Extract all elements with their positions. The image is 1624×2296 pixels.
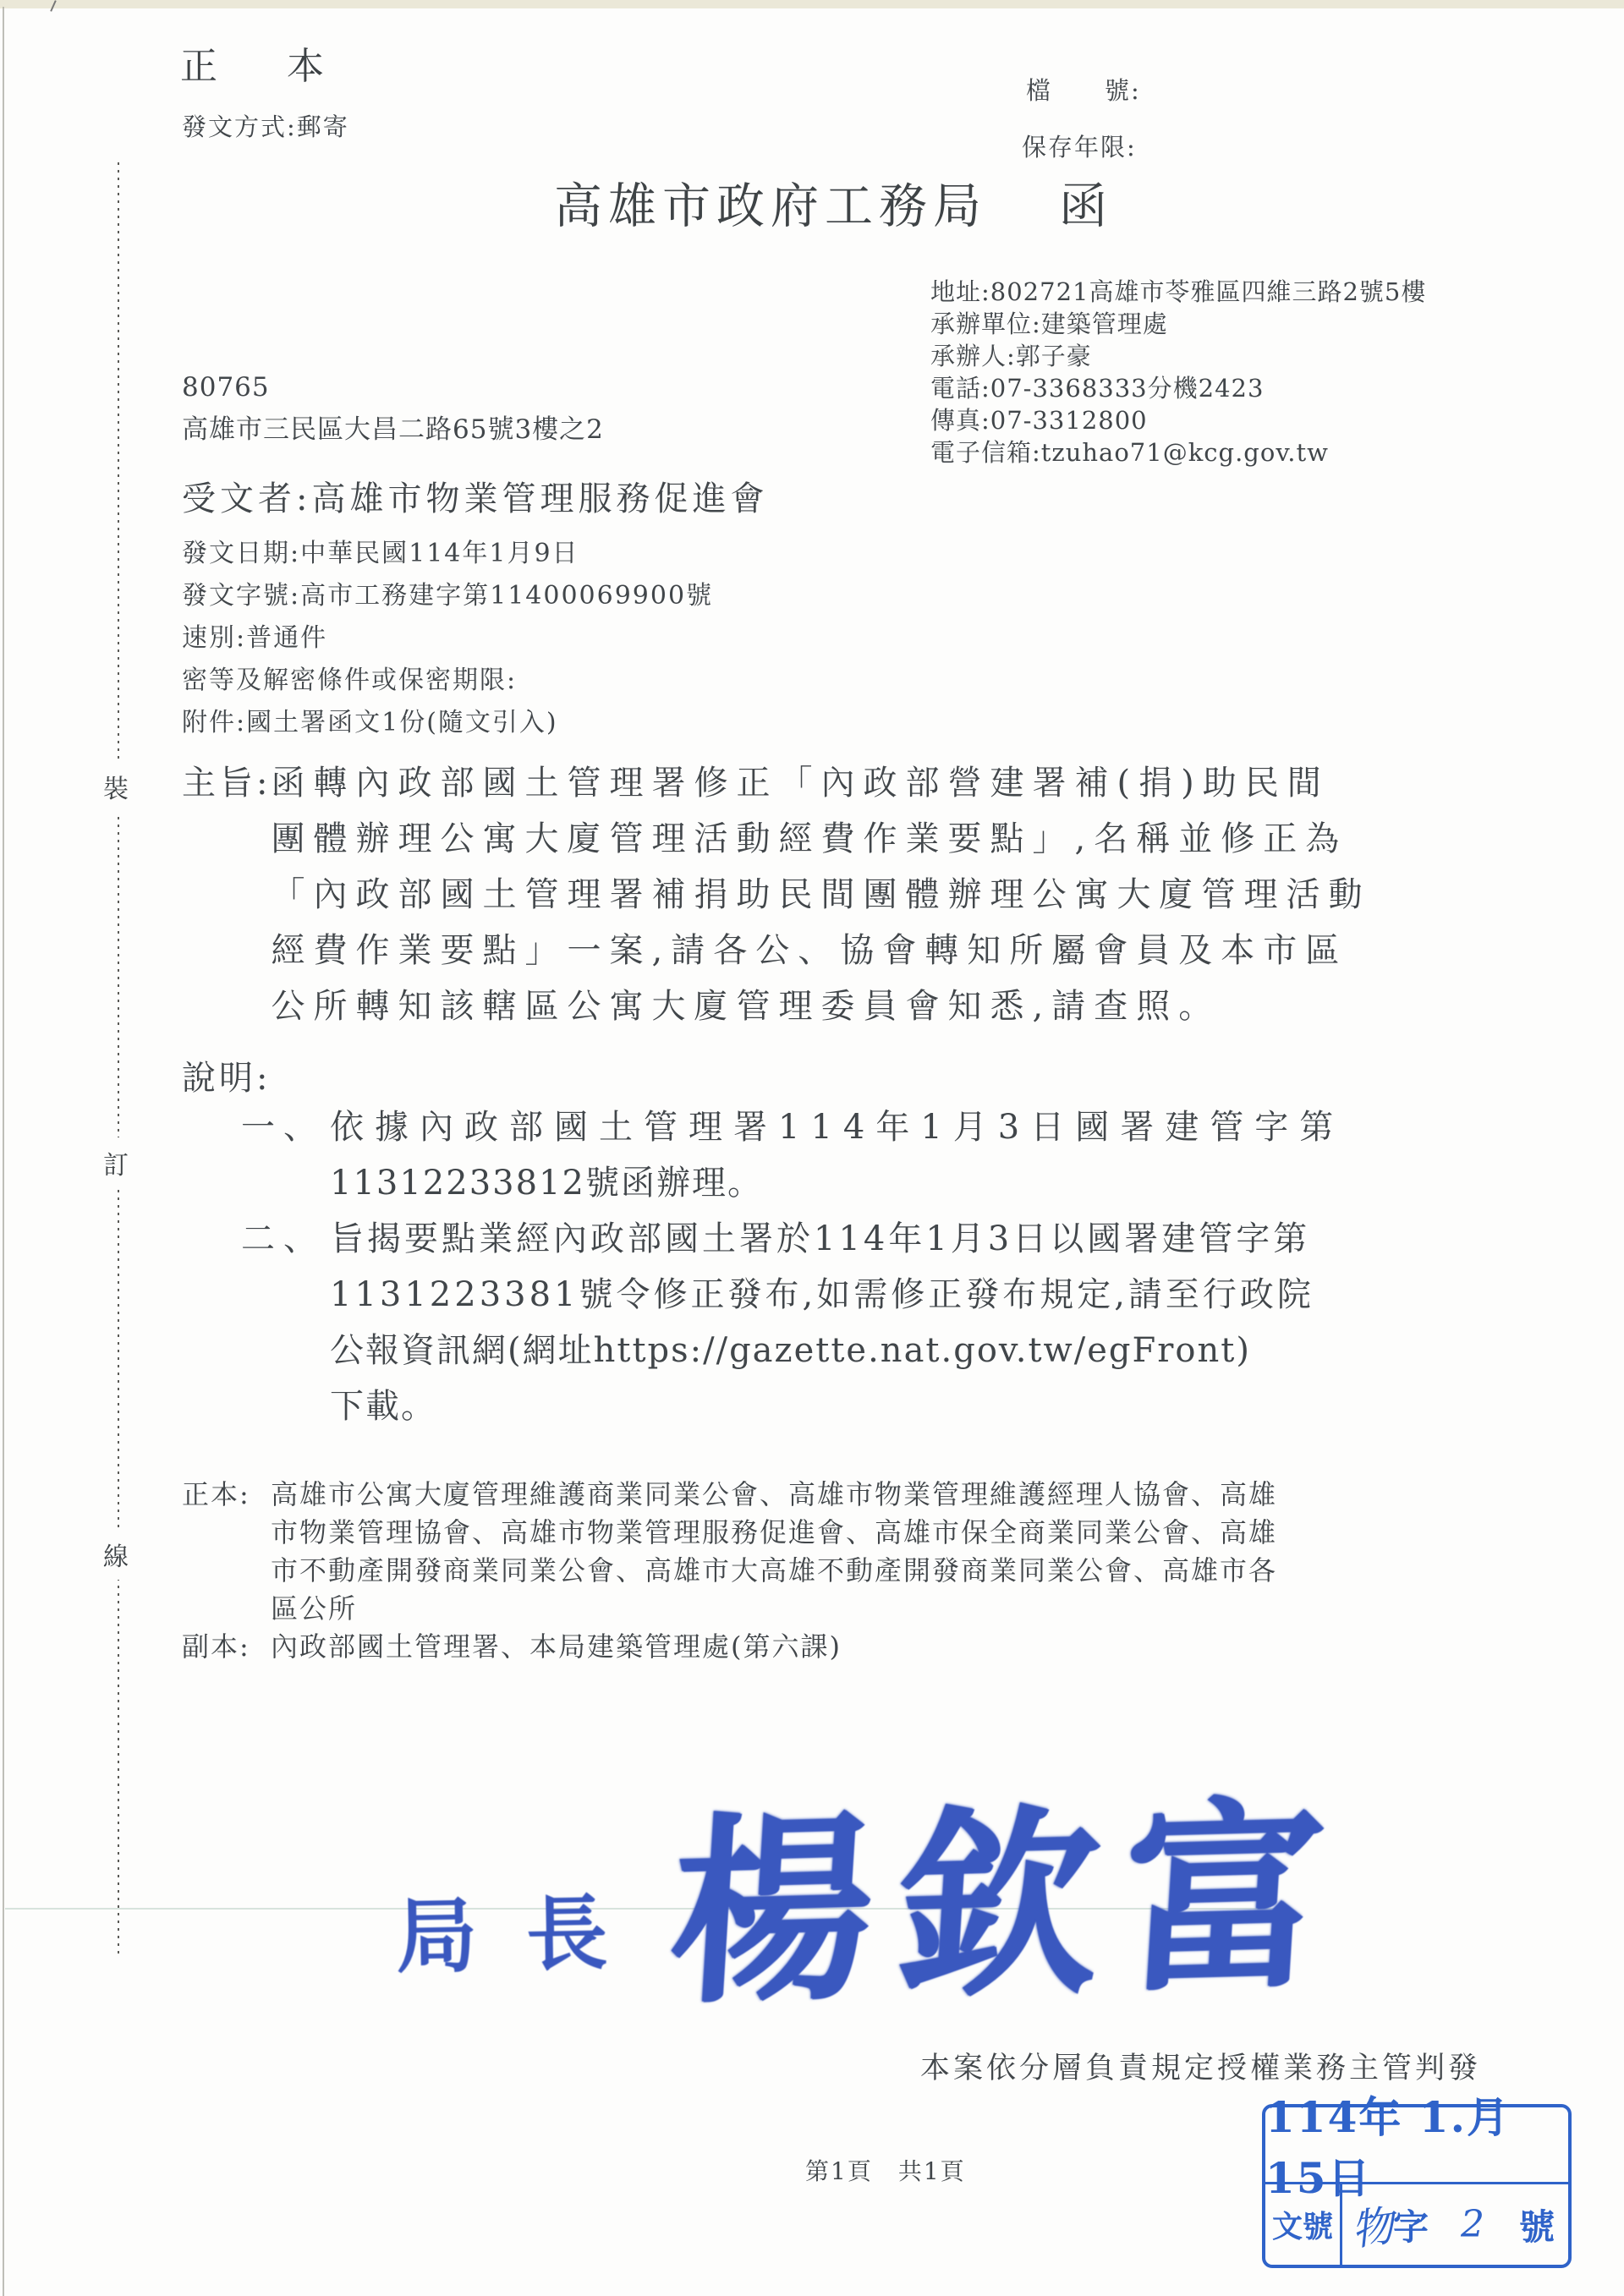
file-number-label: 檔 號: <box>1026 72 1141 107</box>
speed-class: 速別:普通件 <box>182 617 713 660</box>
main-copy-label: 正本: <box>182 1476 271 1514</box>
authorization-note: 本案依分層負責規定授權業務主管判發 <box>920 2045 1481 2087</box>
distribution-block: 正本: 高雄市公寓大廈管理維護商業同業公會、高雄市物業管理維護經理人協會、高雄 … <box>182 1476 1277 1666</box>
recipient-line: 受文者:高雄市物業管理服務促進會 <box>182 472 768 520</box>
item-2-number: 二、 <box>241 1211 330 1434</box>
signature-title: 局長 <box>395 1868 657 1988</box>
page-number: 第1頁 共1頁 <box>805 2153 966 2187</box>
recipient-zip: 80765 <box>182 372 270 403</box>
item-1-text: 依據內政部國土管理署114年1月3日國署建管字第 11312233812號函辦理… <box>330 1099 1344 1211</box>
copy-type-label: 正 本 <box>180 36 353 90</box>
item-1-line: 依據內政部國土管理署114年1月3日國署建管字第 <box>330 1099 1344 1155</box>
received-date-stamp: 114年 1.月15日 文號 物 字 2 號 <box>1262 2104 1572 2268</box>
item-1-number: 一、 <box>241 1099 330 1211</box>
stamp-doc-number-label: 文號 <box>1265 2184 1342 2265</box>
retention-label: 保存年限: <box>1022 129 1137 163</box>
issue-date: 發文日期:中華民國114年1月9日 <box>182 533 713 575</box>
explanation-item-1: 一、 依據內政部國土管理署114年1月3日國署建管字第 11312233812號… <box>241 1099 1344 1211</box>
subject-label: 主旨: <box>182 755 271 811</box>
main-copy-row: 正本: 高雄市公寓大廈管理維護商業同業公會、高雄市物業管理維護經理人協會、高雄 <box>182 1476 1277 1514</box>
agency-phone: 電話:07-3368333分機2423 <box>930 372 1426 404</box>
item-2-line: 下載。 <box>330 1378 1314 1434</box>
agency-contact-block: 地址:802721高雄市苓雅區四維三路2號5樓 承辦單位:建築管理處 承辦人:郭… <box>930 276 1426 469</box>
security-class: 密等及解密條件或保密期限: <box>182 660 713 702</box>
item-2-line: 1131223381號令修正發布,如需修正發布規定,請至行政院 <box>330 1267 1314 1323</box>
delivery-method: 發文方式:郵寄 <box>182 108 349 143</box>
agency-address: 地址:802721高雄市苓雅區四維三路2號5樓 <box>930 276 1426 308</box>
explanation-items: 一、 依據內政部國土管理署114年1月3日國署建管字第 11312233812號… <box>241 1099 1344 1434</box>
document-type: 函 <box>1059 178 1113 234</box>
stamp-suffix-char: 號 <box>1519 2200 1555 2250</box>
subject-line: 函轉內政部國土管理署修正「內政部營建署補(捐)助民間 <box>271 755 1370 811</box>
agency-email: 電子信箱:tzuhao71@kcg.gov.tw <box>930 436 1426 469</box>
agency-contact-person: 承辦人:郭子豪 <box>930 340 1426 372</box>
item-1-line: 11312233812號函辦理。 <box>330 1155 1344 1211</box>
attachment: 附件:國土署函文1份(隨文引入) <box>182 702 713 744</box>
main-copy-line: 市物業管理協會、高雄市物業管理服務促進會、高雄市保全商業同業公會、高雄 <box>271 1514 1277 1552</box>
issue-number: 發文字號:高市工務建字第11400069900號 <box>182 575 713 617</box>
subject-line: 公所轉知該轄區公寓大廈管理委員會知悉,請查照。 <box>271 978 1370 1034</box>
binding-mark-ding: 訂 <box>103 1137 129 1188</box>
stamp-doc-number-value: 物 字 2 號 <box>1342 2184 1568 2265</box>
subject-line: 「內政部國土管理署補捐助民間團體辦理公寓大廈管理活動 <box>271 867 1370 923</box>
binding-dotted-line <box>118 162 119 1954</box>
item-2-line: 公報資訊網(網址https://gazette.nat.gov.tw/egFro… <box>330 1323 1314 1378</box>
stamp-date: 114年 1.月15日 <box>1265 2107 1568 2184</box>
scan-edge-left <box>3 7 4 2296</box>
explanation-item-2: 二、 旨揭要點業經內政部國土署於114年1月3日以國署建管字第 11312233… <box>241 1211 1344 1434</box>
subject-block: 主旨: 函轉內政部國土管理署修正「內政部營建署補(捐)助民間 團體辦理公寓大廈管… <box>182 755 1484 1034</box>
stamp-handwritten-char: 物 <box>1347 2191 1397 2257</box>
agency-unit: 承辦單位:建築管理處 <box>930 308 1426 340</box>
stamp-mid-char: 字 <box>1393 2200 1429 2250</box>
scan-edge-top <box>0 0 1624 8</box>
subject-text: 函轉內政部國土管理署修正「內政部營建署補(捐)助民間 團體辦理公寓大廈管理活動經… <box>271 755 1370 1034</box>
agency-fax: 傳真:07-3312800 <box>930 404 1426 436</box>
cc-copy-row: 副本: 內政部國土管理署、本局建築管理處(第六課) <box>182 1628 1277 1666</box>
stamp-bottom-row: 文號 物 字 2 號 <box>1265 2184 1568 2265</box>
binding-mark-zhuang: 裝 <box>103 761 129 812</box>
explanation-label: 說明: <box>182 1051 271 1099</box>
main-copy-line: 區公所 <box>271 1590 1277 1628</box>
document-meta-block: 發文日期:中華民國114年1月9日 發文字號:高市工務建字第1140006990… <box>182 533 713 744</box>
binding-mark-xian: 線 <box>103 1529 129 1580</box>
recipient-address: 高雄市三民區大昌二路65號3樓之2 <box>182 408 604 446</box>
main-copy-line: 市不動產開發商業同業公會、高雄市大高雄不動產開發商業同業公會、高雄市各 <box>271 1552 1277 1590</box>
subject-line: 團體辦理公寓大廈管理活動經費作業要點」,名稱並修正為 <box>271 811 1370 867</box>
main-copy-line: 高雄市公寓大廈管理維護商業同業公會、高雄市物業管理維護經理人協會、高雄 <box>271 1476 1277 1514</box>
stamp-handwritten-number: 2 <box>1461 2203 1484 2246</box>
issuing-agency: 高雄市政府工務局 <box>554 178 987 234</box>
item-2-text: 旨揭要點業經內政部國土署於114年1月3日以國署建管字第 1131223381號… <box>330 1211 1314 1434</box>
signature-name: 楊欽富 <box>663 1735 1358 2042</box>
document-title: 高雄市政府工務局函 <box>554 167 1113 237</box>
cc-copy-label: 副本: <box>182 1628 271 1666</box>
item-2-line: 旨揭要點業經內政部國土署於114年1月3日以國署建管字第 <box>330 1211 1314 1267</box>
subject-line: 經費作業要點」一案,請各公、協會轉知所屬會員及本市區 <box>271 923 1370 978</box>
cc-copy-line: 內政部國土管理署、本局建築管理處(第六課) <box>271 1628 842 1666</box>
